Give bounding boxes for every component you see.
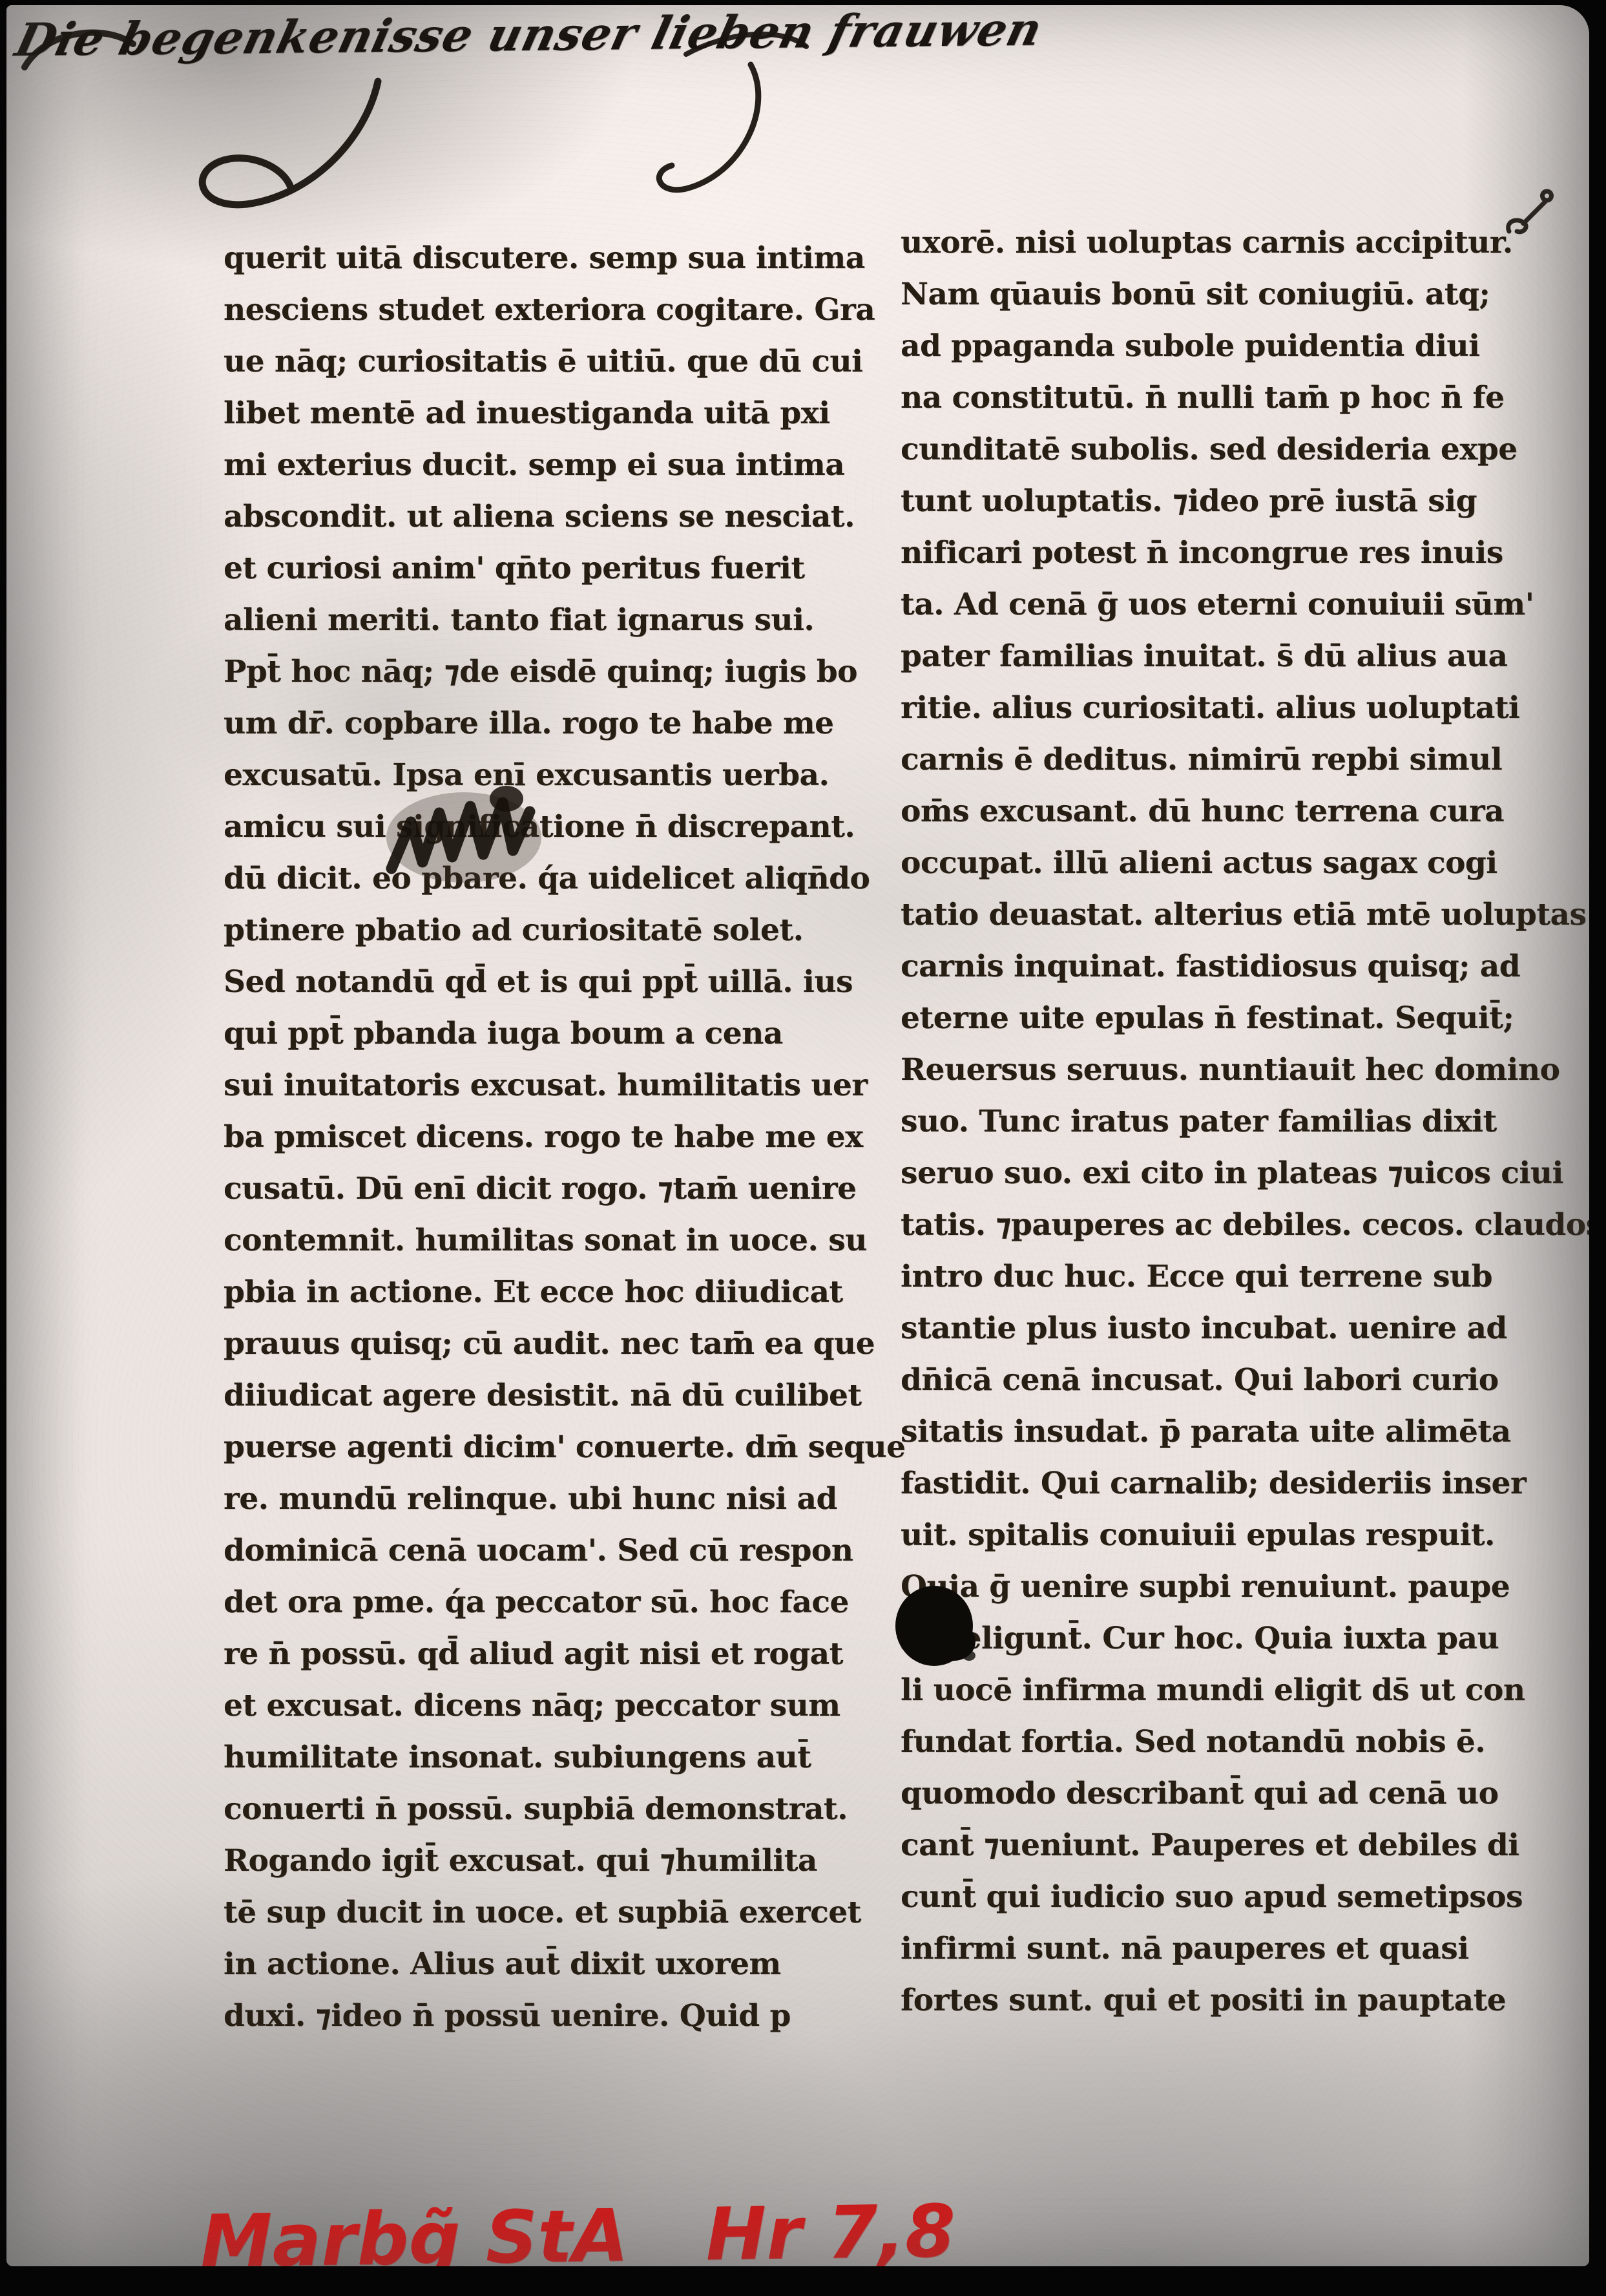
- manuscript-text-line: uit. spitalis conuiuii epulas respuit.: [901, 1510, 1572, 1561]
- manuscript-text-line: alieni meriti. tanto fiat ignarus sui.: [224, 595, 895, 646]
- manuscript-text-line: prauus quisq; cū audit. nec tam̄ ea que: [224, 1318, 895, 1370]
- manuscript-text-line: carnis inquinat. fastidiosus quisq; ad: [901, 941, 1572, 993]
- manuscript-text-line: seruo suo. exi cito in plateas ⁊uicos ci…: [901, 1148, 1572, 1199]
- manuscript-text-line: ritie. alius curiositati. alius uoluptat…: [901, 682, 1572, 734]
- manuscript-text-line: dn̄icā cenā incusat. Qui labori curio: [901, 1354, 1572, 1406]
- ink-blot-round: [893, 1583, 983, 1674]
- manuscript-text-line: suo. Tunc iratus pater familias dixit: [901, 1096, 1572, 1148]
- manuscript-text-line: dū dicit. eo pbare. q́a uidelicet aliqn̄…: [224, 853, 895, 905]
- manuscript-text-line: cunditatē subolis. sed desideria expe: [901, 424, 1572, 476]
- manuscript-text-line: Ppt̄ hoc nāq; ⁊de eisdē quinq; iugis bo: [224, 646, 895, 698]
- manuscript-text-line: ad ppaganda subole puidentia diui: [901, 321, 1572, 372]
- manuscript-text-line: fundat fortia. Sed notandū nobis ē.: [901, 1716, 1572, 1768]
- manuscript-text-line: sui inuitatoris excusat. humilitatis uer: [224, 1060, 895, 1111]
- manuscript-text-line: uxorē. nisi uoluptas carnis accipitur.: [901, 217, 1572, 269]
- manuscript-text-line: et curiosi anim' qn̄to peritus fuerit: [224, 543, 895, 595]
- manuscript-text-line: quomodo describant̄ qui ad cenā uo: [901, 1768, 1572, 1820]
- manuscript-text-line: sitatis insudat. p̄ parata uite alimēta: [901, 1406, 1572, 1458]
- manuscript-text-line: excusatū. Ipsa enī excusantis uerba.: [224, 750, 895, 801]
- manuscript-text-line: ue nāq; curiositatis ē uitiū. que dū cui: [224, 336, 895, 388]
- manuscript-text-line: eterne uite epulas n̄ festinat. Sequit̄;: [901, 993, 1572, 1044]
- manuscript-text-line: Rogando igit̄ excusat. qui ⁊humilita: [224, 1835, 895, 1887]
- ink-blot-scribble: [380, 760, 554, 892]
- header-inscription: Die begenkenisse unser lieben frauwen: [10, 5, 930, 67]
- manuscript-text-line: na constitutū. n̄ nulli tam̄ p hoc n̄ fe: [901, 372, 1572, 424]
- margin-pen-mark: [1504, 186, 1575, 244]
- manuscript-text-line: pbia in actione. Et ecce hoc diiudicat: [224, 1267, 895, 1318]
- manuscript-text-line: intro duc huc. Ecce qui terrene sub: [901, 1251, 1572, 1303]
- manuscript-text-line: contemnit. humilitas sonat in uoce. su: [224, 1215, 895, 1267]
- text-column-left: querit uitā discutere. semp sua intimane…: [224, 233, 895, 2042]
- manuscript-text-line: tatio deuastat. alterius etiā mtē uolupt…: [901, 889, 1572, 941]
- manuscript-text-line: occupat. illū alieni actus sagax cogi: [901, 837, 1572, 889]
- manuscript-text-line: Sed notandū qd̄ et is qui ppt̄ uillā. iu…: [224, 956, 895, 1008]
- manuscript-text-line: pater familias inuitat. s̄ dū alius aua: [901, 631, 1572, 682]
- manuscript-text-line: cunt̄ qui iudicio suo apud semetipsos: [901, 1871, 1572, 1923]
- manuscript-text-line: tē sup ducit in uoce. et supbiā exercet: [224, 1887, 895, 1939]
- manuscript-text-line: duxi. ⁊ideo n̄ possū uenire. Quid p: [224, 1990, 895, 2042]
- manuscript-page: Die begenkenisse unser lieben frauwen qu…: [6, 5, 1589, 2266]
- shelfmark-archive: Marbg̃ StA: [200, 2194, 629, 2266]
- manuscript-text-line: carnis ē deditus. nimirū repbi simul: [901, 734, 1572, 786]
- manuscript-text-line: om̄s excusant. dū hunc terrena cura: [901, 786, 1572, 837]
- manuscript-text-line: nificari potest n̄ incongrue res inuis: [901, 527, 1572, 579]
- manuscript-text-line: infirmi sunt. nā pauperes et quasi: [901, 1923, 1572, 1975]
- manuscript-text-line: det ora pme. q́a peccator sū. hoc face: [224, 1577, 895, 1628]
- manuscript-text-line: conuerti n̄ possū. supbiā demonstrat.: [224, 1784, 895, 1835]
- manuscript-text-line: abscondit. ut aliena sciens se nesciat.: [224, 491, 895, 543]
- manuscript-text-line: et excusat. dicens nāq; peccator sum: [224, 1680, 895, 1732]
- manuscript-text-line: cant̄ ⁊ueniunt. Pauperes et debiles di: [901, 1820, 1572, 1871]
- manuscript-text-line: ta. Ad cenā ḡ uos eterni conuiuii sūm': [901, 579, 1572, 631]
- manuscript-text-line: querit uitā discutere. semp sua intima: [224, 233, 895, 284]
- manuscript-text-line: re. mundū relinque. ubi hunc nisi ad: [224, 1473, 895, 1525]
- manuscript-text-line: Nam qūauis bonū sit coniugiū. atq;: [901, 269, 1572, 321]
- manuscript-text-line: in actione. Alius aut̄ dixit uxorem: [224, 1939, 895, 1990]
- manuscript-text-line: stantie plus iusto incubat. uenire ad: [901, 1303, 1572, 1354]
- manuscript-text-line: diiudicat agere desistit. nā dū cuilibet: [224, 1370, 895, 1422]
- manuscript-text-line: fastidit. Qui carnalib; desideriis inser: [901, 1458, 1572, 1510]
- manuscript-text-line: res eligunt̄. Cur hoc. Quia iuxta pau: [901, 1613, 1572, 1665]
- manuscript-text-line: libet mentē ad inuestiganda uitā pxi: [224, 388, 895, 439]
- text-column-right: uxorē. nisi uoluptas carnis accipitur.Na…: [901, 217, 1572, 2027]
- manuscript-text-line: ptinere pbatio ad curiositatē solet.: [224, 905, 895, 956]
- manuscript-text-line: Quia ḡ uenire supbi renuiunt. paupe: [901, 1561, 1572, 1613]
- shelfmark-number: Hr 7,8: [705, 2189, 956, 2266]
- manuscript-text-line: um dr̄. copbare illa. rogo te habe me: [224, 698, 895, 750]
- manuscript-text-line: humilitate insonat. subiungens aut̄: [224, 1732, 895, 1784]
- manuscript-text-line: tunt uoluptatis. ⁊ideo prē iustā sig: [901, 476, 1572, 527]
- manuscript-text-line: puerse agenti dicim' conuerte. dm̄ seque: [224, 1422, 895, 1473]
- manuscript-text-line: re n̄ possū. qd̄ aliud agit nisi et roga…: [224, 1628, 895, 1680]
- manuscript-photo: { "photo": { "border_color": "#050505", …: [0, 0, 1606, 2296]
- manuscript-text-line: fortes sunt. qui et positi in pauptate: [901, 1975, 1572, 2027]
- manuscript-text-line: tatis. ⁊pauperes ac debiles. cecos. clau…: [901, 1199, 1572, 1251]
- manuscript-text-line: mi exterius ducit. semp ei sua intima: [224, 439, 895, 491]
- manuscript-text-line: dominicā cenā uocam'. Sed cū respon: [224, 1525, 895, 1577]
- manuscript-text-line: cusatū. Dū enī dicit rogo. ⁊tam̄ uenire: [224, 1163, 895, 1215]
- manuscript-text-line: amicu sui significatione n̄ discrepant.: [224, 801, 895, 853]
- manuscript-text-line: ba pmiscet dicens. rogo te habe me ex: [224, 1111, 895, 1163]
- shelfmark-inscription: Marbg̃ StAHr 7,8: [200, 2187, 1170, 2266]
- manuscript-text-line: nesciens studet exteriora cogitare. Gra: [224, 284, 895, 336]
- manuscript-text-line: Reuersus seruus. nuntiauit hec domino: [901, 1044, 1572, 1096]
- manuscript-text-line: li uocē infirma mundi eligit ds̄ ut con: [901, 1665, 1572, 1716]
- manuscript-text-line: qui ppt̄ pbanda iuga boum a cena: [224, 1008, 895, 1060]
